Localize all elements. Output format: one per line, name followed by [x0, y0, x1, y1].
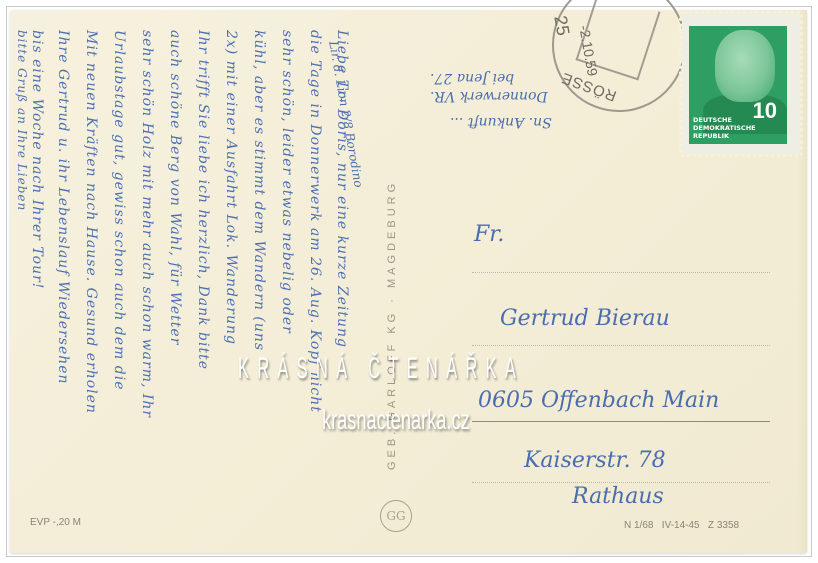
postage-stamp: 10 DEUTSCHE DEMOKRATISCHE REPUBLIK	[682, 14, 800, 154]
recipient-extra: Rathaus	[572, 484, 664, 509]
handwritten-message: Liebe Tr- Doris, nur eine kurze Zeitung …	[15, 20, 360, 540]
recipient-name: Gertrud Bierau	[500, 306, 670, 331]
recipient-city: 0605 Offenbach Main	[478, 388, 719, 413]
message-line: Ihre Gertrud u. ihr Lebenslauf Wiederseh…	[55, 30, 71, 385]
message-line: Ihr trifft Sie liebe ich herzlich, Dank …	[195, 30, 211, 370]
sender-line-3: Sn. Ankunft ...	[450, 114, 552, 130]
watermark-url: krasnactenarka.cz	[322, 404, 470, 436]
recipient-street: Kaiserstr. 78	[524, 448, 666, 473]
sender-line-1: bei Jena 27.	[430, 70, 514, 86]
address-line	[472, 421, 770, 422]
message-line: Urlaubstage gut, gewiss schon auch dem d…	[111, 30, 127, 391]
message-line: 2x) mit einer Ausfahrt Lok. Wanderung	[223, 30, 239, 345]
message-line: sehr schön, leider etwas nebelig oder	[279, 30, 295, 334]
message-line: kühl, aber es stimmt dem Wandern (uns	[251, 30, 267, 351]
stamp-portrait-icon	[715, 30, 775, 102]
price-print: EVP -,20 M	[30, 517, 81, 528]
recipient-prefix: Fr.	[474, 222, 504, 247]
publisher-logo-icon: GG	[380, 500, 412, 532]
message-line: Mit neuen Kräften nach Hause. Gesund erh…	[83, 30, 99, 414]
address-line	[472, 345, 770, 346]
stamp-country: DEUTSCHE DEMOKRATISCHE REPUBLIK	[693, 116, 787, 140]
address-line	[472, 272, 770, 273]
watermark-title: KRÁSNÁ ČTENÁŘKA	[238, 352, 524, 386]
message-line: bis eine Woche nach Ihrer Tour!	[29, 30, 45, 289]
message-line: bitte Gruß an Ihre Lieben	[15, 30, 29, 211]
postmark-number: 25	[549, 14, 573, 37]
message-line: auch schöne Berg von Wahl, für Wetter	[167, 30, 183, 345]
address-line	[472, 482, 770, 483]
sender-line-2: Donnerwerk VR.	[430, 88, 548, 104]
catalog-number-print: N 1/68 IV-14-45 Z 3358	[624, 520, 739, 531]
message-line: sehr schön Holz mit mehr auch schon warm…	[139, 30, 155, 418]
